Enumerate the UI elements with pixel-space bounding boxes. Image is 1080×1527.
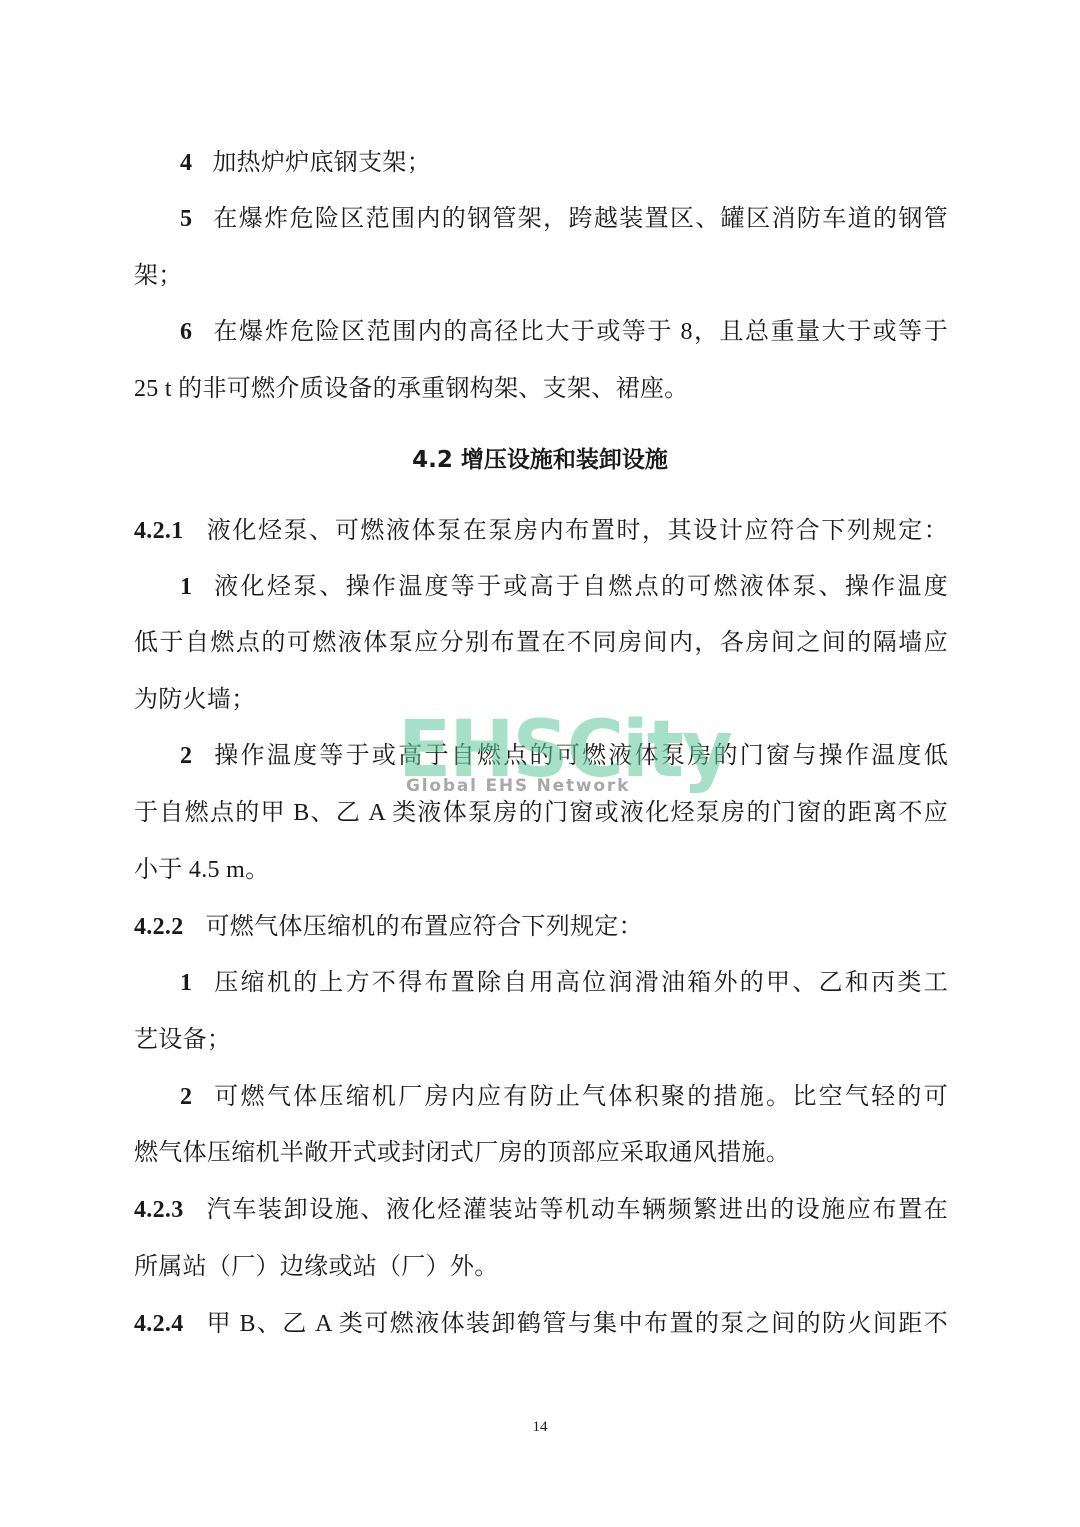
watermark-tagline: Global EHS Network [406,776,630,796]
item-text: 加热炉炉底钢支架； [212,150,431,176]
item-text: 艺设备； [134,1027,231,1053]
item-text: 小于 4.5 m。 [134,857,269,883]
clause-4-2-3: 4.2.3汽车装卸设施、液化烃灌装站等机动车辆频繁进出的设施应布置在 [134,1192,948,1228]
clause-text: 液化烃泵、可燃液体泵在泵房内布置时，其设计应符合下列规定： [206,518,949,544]
list-item-1-continuation: 为防火墙； [134,682,948,718]
item-number: 5 [180,201,192,237]
list-item-2-continuation: 燃气体压缩机半敞开式或封闭式厂房的顶部应采取通风措施。 [134,1135,948,1171]
item-text: 操作温度等于或高于自燃点的可燃液体泵房的门窗与操作温度低 [212,743,948,769]
document-page: 4加热炉炉底钢支架； 5在爆炸危险区范围内的钢管架，跨越装置区、罐区消防车道的钢… [0,0,1080,1527]
clause-4-2-2: 4.2.2可燃气体压缩机的布置应符合下列规定： [134,909,948,945]
clause-number: 4.2.1 [134,513,184,549]
list-item-1: 1压缩机的上方不得布置除自用高位润滑油箱外的甲、乙和丙类工 [180,965,948,1001]
list-item-2-continuation: 小于 4.5 m。 [134,852,948,888]
item-number: 6 [180,314,192,350]
clause-4-2-4: 4.2.4甲 B、乙 A 类可燃液体装卸鹤管与集中布置的泵之间的防火间距不 [134,1306,948,1342]
item-number: 1 [180,569,192,605]
list-item-5-continuation: 架； [134,258,948,294]
list-item-1: 1液化烃泵、操作温度等于或高于自燃点的可燃液体泵、操作温度 [180,569,948,605]
item-text: 25 t 的非可燃介质设备的承重钢构架、支架、裙座。 [134,376,688,402]
clause-4-2-3-continuation: 所属站（厂）边缘或站（厂）外。 [134,1249,948,1285]
clause-text: 汽车装卸设施、液化烃灌装站等机动车辆频繁进出的设施应布置在 [206,1197,949,1223]
item-text: 燃气体压缩机半敞开式或封闭式厂房的顶部应采取通风措施。 [134,1140,790,1166]
clause-text: 甲 B、乙 A 类可燃液体装卸鹤管与集中布置的泵之间的防火间距不 [206,1311,949,1337]
list-item-6-continuation: 25 t 的非可燃介质设备的承重钢构架、支架、裙座。 [134,371,948,407]
item-number: 2 [180,738,192,774]
item-text: 低于自燃点的可燃液体泵应分别布置在不同房间内，各房间之间的隔墙应 [134,630,948,656]
item-text: 液化烃泵、操作温度等于或高于自燃点的可燃液体泵、操作温度 [212,574,948,600]
list-item-2: 2操作温度等于或高于自燃点的可燃液体泵房的门窗与操作温度低 [180,738,948,774]
clause-text: 所属站（厂）边缘或站（厂）外。 [134,1254,499,1280]
clause-number: 4.2.4 [134,1306,184,1342]
item-number: 1 [180,965,192,1001]
item-text: 压缩机的上方不得布置除自用高位润滑油箱外的甲、乙和丙类工 [212,970,948,996]
item-text: 于自燃点的甲 B、乙 A 类液体泵房的门窗或液化烃泵房的门窗的距离不应 [134,800,948,826]
item-text: 架； [134,263,183,289]
section-heading: 4.2 增压设施和装卸设施 [0,442,1080,478]
item-number: 4 [180,145,192,181]
clause-text: 可燃气体压缩机的布置应符合下列规定： [206,914,643,940]
list-item-6: 6在爆炸危险区范围内的高径比大于或等于 8，且总重量大于或等于 [180,314,948,350]
clause-number: 4.2.3 [134,1192,184,1228]
clause-4-2-1: 4.2.1液化烃泵、可燃液体泵在泵房内布置时，其设计应符合下列规定： [134,513,948,549]
page-number: 14 [0,1417,1080,1437]
item-text: 可燃气体压缩机厂房内应有防止气体积聚的措施。比空气轻的可 [212,1084,948,1110]
item-text: 为防火墙； [134,687,256,713]
list-item-2-continuation: 于自燃点的甲 B、乙 A 类液体泵房的门窗或液化烃泵房的门窗的距离不应 [134,795,948,831]
list-item-1-continuation: 低于自燃点的可燃液体泵应分别布置在不同房间内，各房间之间的隔墙应 [134,625,948,661]
item-number: 2 [180,1079,192,1115]
list-item-4: 4加热炉炉底钢支架； [180,145,948,181]
clause-number: 4.2.2 [134,909,184,945]
list-item-1-continuation: 艺设备； [134,1022,948,1058]
list-item-2: 2可燃气体压缩机厂房内应有防止气体积聚的措施。比空气轻的可 [180,1079,948,1115]
item-text: 在爆炸危险区范围内的高径比大于或等于 8，且总重量大于或等于 [212,319,948,345]
item-text: 在爆炸危险区范围内的钢管架，跨越装置区、罐区消防车道的钢管 [212,206,948,232]
list-item-5: 5在爆炸危险区范围内的钢管架，跨越装置区、罐区消防车道的钢管 [180,201,948,237]
